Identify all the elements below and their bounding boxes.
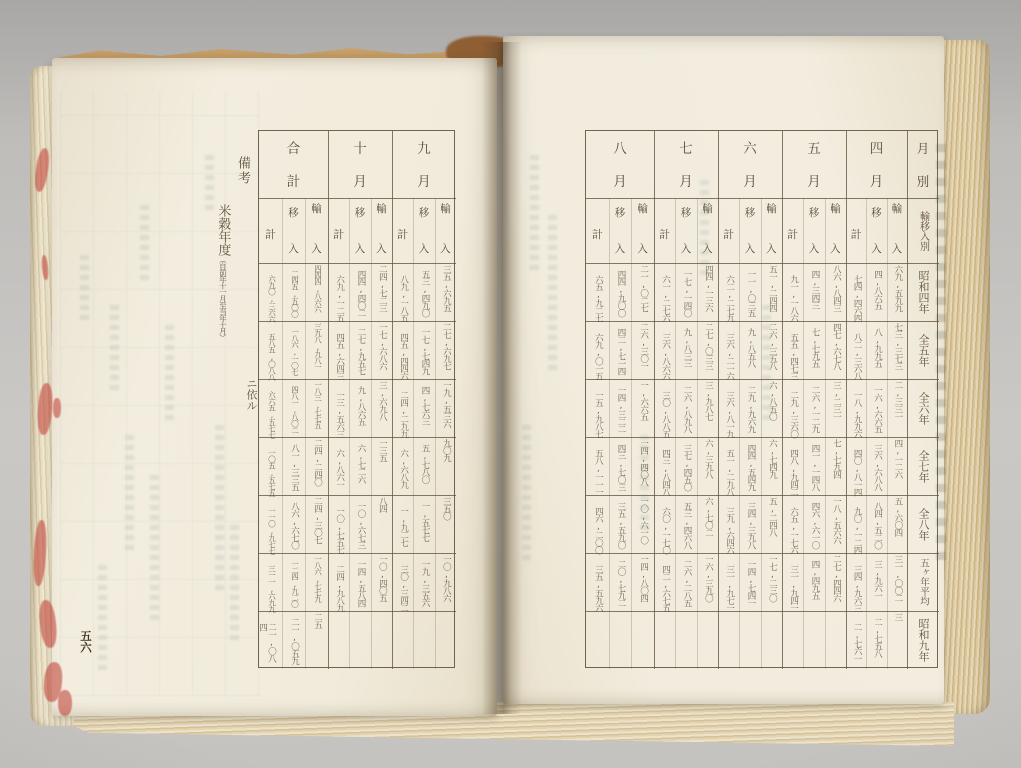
sub-column-header: 計 [392,226,413,242]
cell-value: 一八,五六六 [825,497,846,544]
cell-value: 一九,三五六 [413,560,434,607]
month-header: 四月 [846,137,907,190]
sub-column-header: 移入 [413,205,434,256]
cell-value: 六一,二七六 [654,275,675,322]
cell-value: 六,三九八 [697,439,718,478]
cell-value: 三九,六四六 [718,507,739,554]
grid-line [259,611,456,612]
cell-value: 三,九八七 [697,381,718,420]
sub-column-header: 輸入 [305,201,328,256]
gutter-shadow [482,42,522,714]
cell-value: 六,六八九 [392,449,413,488]
cell-value: 一,五七七 [413,502,434,541]
cell-value: 五,六〇四 [887,497,907,536]
cell-value: 九,八三三 [675,328,696,367]
cell-value: 一四,八〇四 [631,555,654,602]
cell-value: 三六,六八八 [866,444,886,491]
sub-column-header: 計 [782,226,803,242]
cell-value: 七四,四六四 [846,275,866,322]
cell-value: 二一,〇五九 [282,618,305,665]
cell-value: 三五,六九五 [435,265,456,312]
cell-value: 六六五,五七七 [259,391,282,438]
cell-value: 一三五 [371,439,392,462]
cell-value: 一七,二三〇 [761,555,782,602]
cell-value: 一四,五八四 [349,560,370,607]
cell-value: 二七,九五七 [349,328,370,375]
cell-value: 三〇,三四二 [392,565,413,612]
cell-value: 一,九二七 [392,507,413,546]
sub-column-header: 輸入 [887,201,907,256]
cell-value: 三四,三九八 [739,502,760,549]
sub-column-header: 計 [718,226,739,242]
cell-value: 四二,七一四 [609,328,632,375]
cell-value: 九,八六五 [349,386,370,425]
sub-column-header: 輸入 [631,201,654,256]
cell-value: 一八六,一〇七 [282,328,305,375]
cell-value: 九,八五八 [739,328,760,367]
cell-value: 二,七六一 [846,623,866,662]
cell-value: 四〇,八一四 [846,449,866,496]
cell-value: 一五,九八七 [586,391,609,438]
cell-value: 六九,一二五 [328,275,349,322]
cell-value: 五,二四八 [761,497,782,536]
cell-value: 二一,〇八四 [259,623,282,667]
cell-value: 三九八,九八一 [305,323,328,370]
cell-value: 四四,五四九 [739,444,760,491]
remarks-text: 米穀年度（自前年十一月至当年十月） [213,204,231,464]
cell-value: 四五,六四三 [328,333,349,380]
cell-value: 九〇九 [435,439,456,462]
cell-value: 二,三三一 [887,381,907,420]
cell-value: 四,七六三 [413,386,434,425]
cell-value: 三一,九四一 [782,565,803,612]
cell-value: 四三,八四八 [654,449,675,496]
cell-value: 八九,一八五 [392,275,413,322]
cell-value: 一六,三九〇 [697,555,718,602]
cell-value: 一〇,七五七 [328,507,349,554]
cell-value: 一四,三二二 [609,386,632,433]
month-header: 八月 [586,137,654,190]
red-ink-mark [58,690,72,716]
cell-value: 六,七四九 [761,439,782,478]
cell-value: 一四,七四一 [739,560,760,607]
cell-value: 二六,三五八 [761,323,782,370]
sub-column-header: 移入 [866,205,886,256]
month-label-corner: 月別 [907,139,939,190]
sub-column-header: 輸入 [371,201,392,256]
sub-column-header: 移入 [675,205,696,256]
cell-value: 一〇五,五七五 [259,449,282,496]
cell-value: 二六,二八五 [675,560,696,607]
cell-value: 六九〇,三六六 [259,275,282,322]
cell-value: 一七,六八六 [371,323,392,370]
grid-line [259,379,456,380]
row-label-cell: 全六年 [907,379,939,437]
cell-value: 二六,三〇一 [631,323,654,370]
cell-value: 八六,八四三 [825,265,846,312]
cell-value: 三 [887,613,907,621]
monthly-table-right-page: 四月輸入移入計六九,五九九四,八六五七四,四六四七三,三七三八,九九五八二,三六… [585,130,938,668]
cell-value: 六五,一七六 [782,507,803,554]
row-label-cell: 全八年 [907,495,939,553]
sub-column-header: 計 [586,226,609,242]
grid-line [259,437,456,438]
month-header: 九月 [392,137,456,190]
cell-value: 五一,二九八 [718,449,739,496]
page-number: 五六 [78,630,94,653]
sub-column-header: 輸入 [761,201,782,256]
cell-value: 一二四,九二〇 [282,560,305,607]
cell-value: 三一一,六九九 [259,565,282,612]
cell-value: 二九,三六〇 [782,391,803,438]
cell-value: 二四,二四〇 [305,439,328,486]
cell-value: 一一〇,九七七 [259,507,282,554]
cell-value: 四四,一三六 [697,265,718,312]
cell-value: 四八一,八〇二 [282,386,305,433]
cell-value: 一六,六六五 [866,386,886,433]
cell-value: 六,七二六 [349,444,370,483]
cell-value: 五三,四六八 [675,502,696,549]
red-ink-mark [53,398,61,418]
cell-value: 七,七九四 [825,439,846,478]
cell-value: 九一,一八六 [782,275,803,322]
cell-value: 四六,六一〇 [803,502,824,549]
month-header: 合計 [259,137,328,190]
cell-value: 一四,四〇八 [631,439,654,486]
row-label-cell: 五ヶ年平均 [907,553,939,611]
cell-value: 四六,二〇〇 [586,507,609,554]
cell-value: 一一,〇三五 [739,270,760,317]
book-photo: 備考 米穀年度（自前年十一月至当年十月） ニ依ル 五六 九月輸入移入計三五,六九… [0,0,1021,768]
cell-value: 四,一二六 [887,439,907,478]
sub-column-header: 移入 [803,205,824,256]
cell-value: 八四,五二〇 [866,502,886,549]
cell-value: 四,四九五 [803,560,824,599]
cell-value: 一七,一四〇 [675,270,696,317]
cell-value: 三,九六一 [866,560,886,599]
monthly-table-left-page: 九月輸入移入計三五,六九五五三,四九〇八九,一八五二七,六九七一七,七四九四五,… [258,130,455,668]
sub-column-header: 移入 [739,205,760,256]
row-label-cell: 全五年 [907,321,939,379]
cell-value: 六,七〇二 [697,497,718,536]
cell-value: 三一,〇〇二 [887,555,907,602]
sub-column-header: 計 [259,226,282,242]
cell-value: 六九,〇一五 [586,333,609,380]
cell-value: 七三,三七三 [887,323,907,370]
row-label-cell: 昭和九年 [907,611,939,669]
sub-column-header: 移入 [609,205,632,256]
cell-value: 八六,六七〇 [282,502,305,549]
cell-value: 六,八六一 [328,449,349,488]
cell-value: 五三,四九〇 [413,270,434,317]
grid-line [259,198,456,199]
cell-value: 四二,六七五 [654,565,675,612]
cell-value: 三〇,八八五 [654,391,675,438]
cell-value: 六〇,一七〇 [654,507,675,554]
cell-value: 二九,九六九 [739,386,760,433]
cell-value: 一〇,六七三 [349,502,370,549]
cell-value: 二七,六九七 [435,323,456,370]
month-header: 十月 [328,137,392,190]
cell-value: 一八六,七七九 [305,555,328,602]
sub-column-header: 計 [328,226,349,242]
cell-value: 二四,七二三 [371,265,392,312]
cell-value: 八二,三六八 [846,333,866,380]
cell-value: 一〇,六一〇 [631,497,654,544]
cell-value: 一,六六五 [631,381,654,420]
sub-column-header: 輸入 [697,201,718,256]
cell-value: 四八,九四二 [782,449,803,496]
cell-value: 四,八六五 [866,270,886,309]
cell-value: 六九,五九九 [887,265,907,312]
cell-value: 一九,五三六 [435,381,456,428]
sub-column-header: 移入 [349,205,370,256]
cell-value: 一八三,七七五 [305,381,328,428]
cell-value: 一〇,四〇五 [371,555,392,602]
cell-value: 二四,三〇七 [305,497,328,544]
cell-value: 九〇,一二四 [846,507,866,554]
cell-value: 四四,四〇二 [349,270,370,317]
cell-value: 三,二三一 [825,381,846,420]
cell-value: 二一,〇二七 [631,265,654,312]
cell-value: 三六,八一九 [718,391,739,438]
grid-line [259,553,456,554]
cell-value: 六二,二七九 [718,275,739,322]
row-label-cell: 昭和四年 [907,263,939,321]
cell-value: 二七,〇三三 [697,323,718,370]
month-header: 六月 [718,137,782,190]
cell-value: 六,八五〇 [761,381,782,420]
cell-value: 二六,八九八 [675,386,696,433]
cell-value: 四七,六七八 [825,323,846,370]
cell-value: 四四四,八六六 [305,265,328,312]
cell-value: 二四,九八九 [328,565,349,612]
cell-value: 五八五,〇八八 [259,333,282,380]
cell-value: 三五,五九〇 [609,502,632,549]
cell-value: 二四,二九九 [392,391,413,438]
category-label: 輸移入別 [907,198,939,263]
month-header: 五月 [782,137,846,190]
cell-value: 五一,二四四 [761,265,782,312]
month-header: 七月 [654,137,718,190]
grid-line [259,321,456,322]
cell-value: 四五,四四六 [392,333,413,380]
cell-value: 三一,九七一 [718,565,739,612]
grid-line [259,263,456,264]
cell-value: 四一,一四八 [803,444,824,491]
cell-value: 七,七九五 [803,328,824,367]
row-label-cell: 全七年 [907,437,939,495]
grid-line [259,495,456,496]
cell-value: 四,三四三 [803,270,824,309]
cell-value: 一三,五六三 [328,391,349,438]
remarks-label: 備考 [233,156,252,186]
cell-value: 三六,二一六 [718,333,739,380]
cell-value: 二〇,七九二 [609,560,632,607]
cell-value: 三七,四五〇 [675,444,696,491]
cell-value: 三四,九六三 [846,565,866,612]
cell-value: 四三,七〇三 [609,444,632,491]
cell-value: 八一,三三五 [282,444,305,491]
cell-value: 五,七八〇 [413,444,434,483]
cell-value: 一〇,九八六 [435,555,456,602]
cell-value: 四四,九〇〇 [609,270,632,317]
sub-column-header: 移入 [282,205,305,256]
cell-value: 三六,八六六 [654,333,675,380]
cell-value: 二四五,五〇〇 [282,270,305,317]
remarks-tail: ニ依ル [243,378,259,411]
sub-column-header: 計 [654,226,675,242]
cell-value: 八四 [371,497,392,512]
cell-value: 六五,九二七 [586,275,609,322]
remarks-body: 米穀年度 [215,204,230,256]
cell-value: 二,七五八 [866,618,886,657]
sub-column-header: 計 [846,226,866,242]
cell-value: 三,六九八 [371,381,392,420]
sub-column-header: 輸入 [825,201,846,256]
page-edge-right [944,40,990,714]
cell-value: 五五,四七三 [782,333,803,380]
cell-value: 二五 [305,613,328,628]
cell-value: 三五〇 [435,497,456,520]
sub-column-header: 輸入 [435,201,456,256]
cell-value: 三五,五九六 [586,565,609,612]
cell-value: 一八,九九六 [846,391,866,438]
cell-value: 二七,四四六 [825,555,846,602]
cell-value: 五八,一一一 [586,449,609,496]
cell-value: 一七,七四九 [413,328,434,375]
remarks-parenthetical: （自前年十一月至当年十月） [218,256,227,341]
cell-value: 二六,一二九 [803,386,824,433]
cell-value: 八,九九五 [866,328,886,367]
